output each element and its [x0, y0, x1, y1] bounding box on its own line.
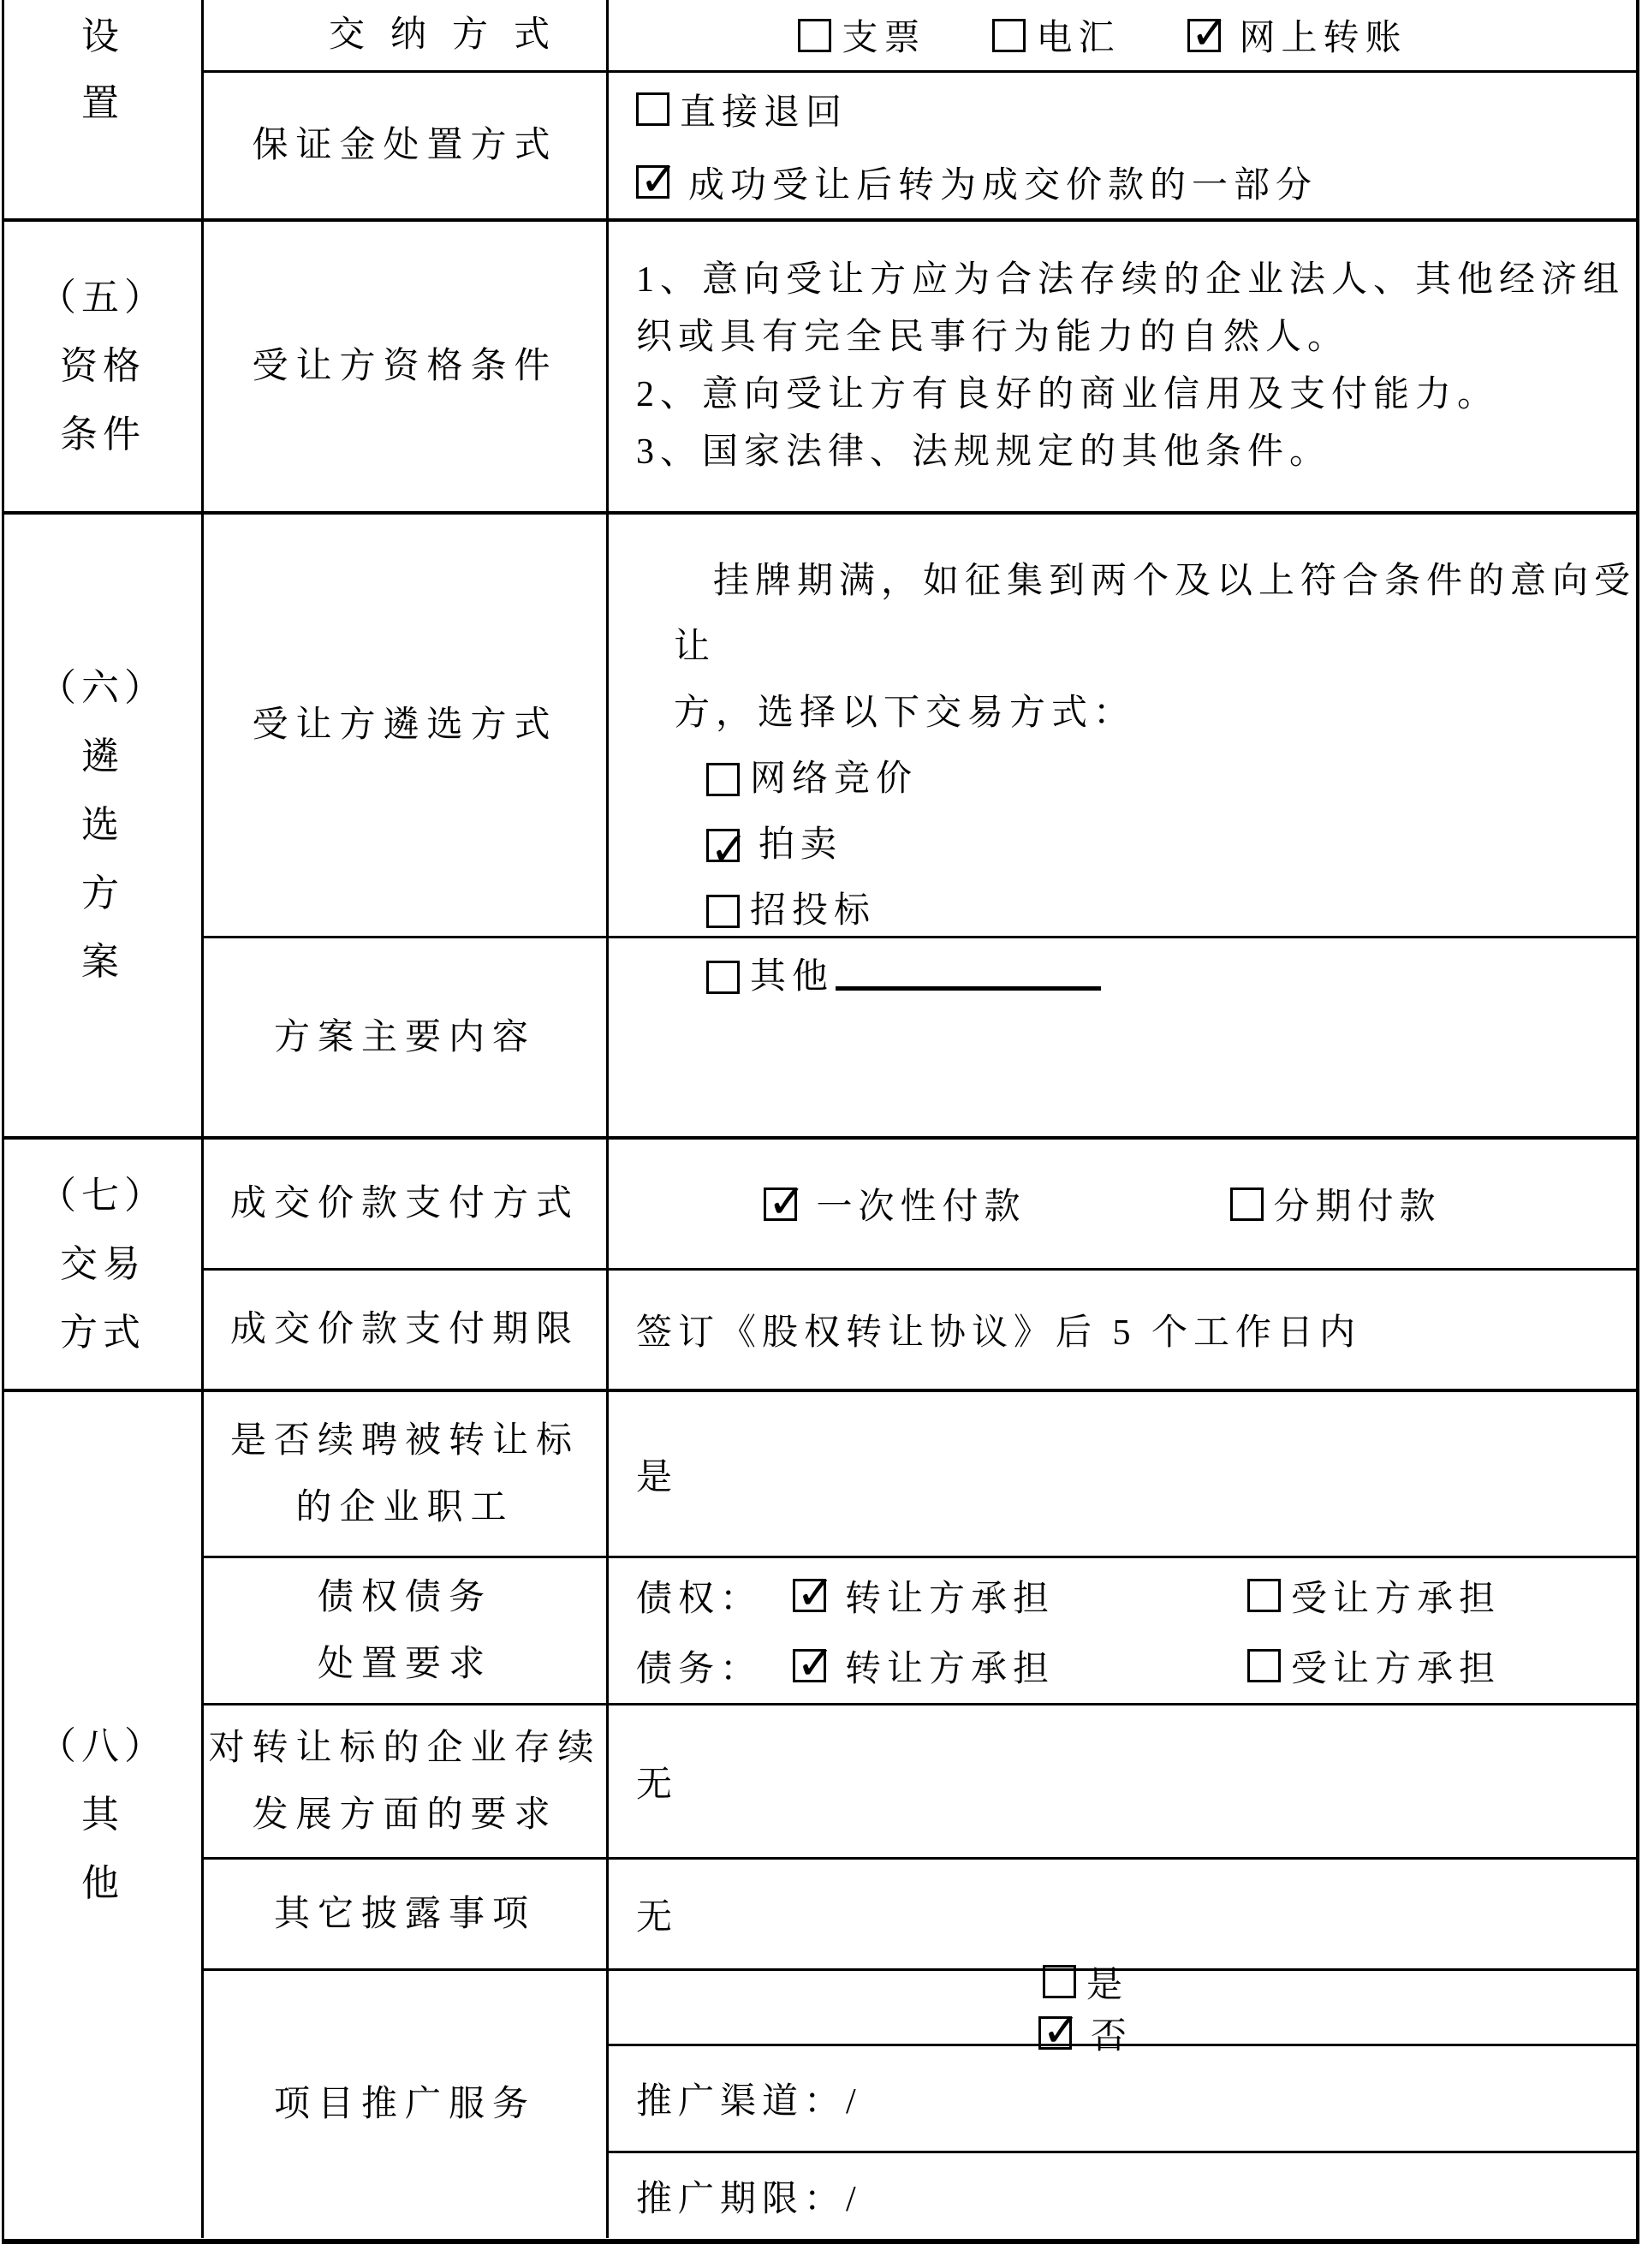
checkbox-installment [1230, 1188, 1264, 1221]
payment-method-options: 支票 电汇 网上转账 [609, 0, 1636, 70]
option-creditor-transferor: 转让方承担 [793, 1570, 1055, 1622]
field-label-other-disclosure: 其它披露事项 [204, 1860, 609, 1968]
option-label: 一次性付款 [816, 1178, 1026, 1229]
checkbox-convert-to-price [636, 165, 669, 199]
option-tender: 招投标 [706, 878, 1636, 944]
rehire-employees-value: 是 [609, 1392, 1636, 1556]
field-label-plan-main-content: 方案主要内容 [204, 938, 609, 1136]
option-promotion-yes: 是 [1043, 1956, 1128, 2008]
option-label: 直接退回 [680, 84, 848, 135]
checkbox-debt-transferee [1247, 1649, 1281, 1682]
row-rehire-employees: 是否续聘被转让标的企业职工 是 [204, 1392, 1636, 1556]
promotion-period-value: 推广期限：/ [636, 2170, 1636, 2222]
deposit-disposal-options: 直接退回 成功受让后转为成交价款的一部分 [609, 73, 1636, 218]
section-label-setup: 设置 [4, 0, 204, 218]
checkbox-direct-refund [636, 92, 669, 126]
option-auction: 拍卖 [706, 813, 1636, 878]
checkbox-other [706, 961, 740, 994]
other-disclosure-value: 无 [609, 1860, 1636, 1968]
option-convert-to-price: 成功受让后转为成交价款的一部分 [636, 146, 1636, 218]
option-debt-transferee: 受让方承担 [1247, 1640, 1501, 1692]
field-label-selection-method: 受让方遴选方式 [204, 515, 609, 936]
field-label-deposit-disposal: 保证金处置方式 [204, 73, 609, 218]
row-debt-disposal: 债权债务处置要求 债权： 转让方承担 受让方承担 债务： 转让方承担 受让方承担 [204, 1556, 1636, 1703]
option-label: 电汇 [1036, 9, 1120, 61]
creditor-rights-line: 债权： 转让方承担 受让方承担 [636, 1561, 1636, 1631]
option-label: 成功受让后转为成交价款的一部分 [688, 157, 1318, 208]
option-online-transfer: 网上转账 [1187, 9, 1407, 61]
promotion-period-subrow: 推广期限：/ [609, 2151, 1636, 2238]
section-label-selection-plan: （六）遴选方案 [4, 515, 204, 1136]
checkbox-tender [706, 895, 740, 928]
price-payment-deadline-value: 签订《股权转让协议》后 5 个工作日内 [609, 1271, 1636, 1389]
option-label: 是 [1086, 1956, 1128, 2008]
option-creditor-transferee: 受让方承担 [1247, 1570, 1501, 1622]
section-label-other: （八）其他 [4, 1392, 204, 2238]
checkbox-lump-sum [764, 1188, 797, 1221]
section-deposit-setup: 设置 交纳方式 支票 电汇 网上转账 保证金处置方式 直接退回 成功受让后转为成… [4, 0, 1636, 218]
row-transferee-qualification: 受让方资格条件 1、意向受让方应为合法存续的企业法人、其他经济组织或具有完全民事… [204, 222, 1636, 511]
promotion-yesno-subrow: 是 否 [609, 1971, 1636, 2044]
checkbox-promotion-no [1038, 2016, 1072, 2050]
option-label: 拍卖 [759, 813, 842, 878]
section-transaction: （七）交易方式 成交价款支付方式 一次性付款 分期付款 成交价款支付期限 签订《… [4, 1136, 1636, 1389]
debt-prefix: 债务： [636, 1640, 762, 1692]
option-label: 转让方承担 [845, 1640, 1055, 1692]
checkbox-cheque [798, 19, 831, 52]
qualification-text: 1、意向受让方应为合法存续的企业法人、其他经济组织或具有完全民事行为能力的自然人… [609, 222, 1636, 511]
checkbox-online-transfer [1187, 19, 1221, 52]
promotion-channel-subrow: 推广渠道：/ [609, 2044, 1636, 2151]
option-label: 网上转账 [1240, 9, 1407, 61]
checkbox-online-bidding [706, 763, 740, 796]
transfer-listing-table: 设置 交纳方式 支票 电汇 网上转账 保证金处置方式 直接退回 成功受让后转为成… [2, 0, 1639, 2244]
field-label-price-payment-deadline: 成交价款支付期限 [204, 1271, 609, 1389]
field-label-debt-disposal: 债权债务处置要求 [204, 1558, 609, 1703]
option-debt-transferor: 转让方承担 [793, 1640, 1055, 1692]
row-price-payment-method: 成交价款支付方式 一次性付款 分期付款 [204, 1140, 1636, 1268]
debt-disposal-content: 债权： 转让方承担 受让方承担 债务： 转让方承担 受让方承担 [609, 1558, 1636, 1703]
checkbox-creditor-transferor [793, 1579, 826, 1612]
promotion-channel-value: 推广渠道：/ [636, 2073, 1636, 2124]
option-lump-sum: 一次性付款 [764, 1178, 1026, 1229]
checkbox-wire-transfer [992, 19, 1026, 52]
option-label: 招投标 [750, 878, 876, 944]
field-label-payment-method: 交纳方式 [204, 0, 609, 70]
row-payment-method: 交纳方式 支票 电汇 网上转账 [204, 0, 1636, 70]
field-label-rehire-employees: 是否续聘被转让标的企业职工 [204, 1392, 609, 1556]
field-label-promotion-service: 项目推广服务 [204, 1971, 609, 2238]
option-label: 受让方承担 [1291, 1640, 1501, 1692]
section-label-qualification: （五）资格条件 [4, 222, 204, 511]
scanned-form-page: 设置 交纳方式 支票 电汇 网上转账 保证金处置方式 直接退回 成功受让后转为成… [0, 0, 1642, 2268]
option-label: 网络竞价 [750, 747, 918, 813]
row-plan-main-content: 方案主要内容 [204, 936, 1636, 1136]
survival-development-value: 无 [609, 1705, 1636, 1857]
selection-method-content: 挂牌期满，如征集到两个及以上符合条件的意向受让方，选择以下交易方式： 网络竞价 … [609, 515, 1636, 936]
section-other: （八）其他 是否续聘被转让标的企业职工 是 债权债务处置要求 债权： 转让方承担… [4, 1389, 1636, 2238]
option-label: 转让方承担 [845, 1570, 1055, 1622]
promotion-service-content: 是 否 推广渠道：/ 推广期限：/ [609, 1971, 1636, 2238]
row-selection-method: 受让方遴选方式 挂牌期满，如征集到两个及以上符合条件的意向受让方，选择以下交易方… [204, 515, 1636, 936]
checkbox-promotion-yes [1043, 1965, 1076, 1998]
checkbox-auction [706, 829, 740, 862]
section-selection-plan: （六）遴选方案 受让方遴选方式 挂牌期满，如征集到两个及以上符合条件的意向受让方… [4, 511, 1636, 1136]
row-other-disclosure: 其它披露事项 无 [204, 1857, 1636, 1968]
option-label: 支票 [842, 9, 925, 61]
field-label-survival-development: 对转让标的企业存续发展方面的要求 [204, 1705, 609, 1857]
section-label-transaction: （七）交易方式 [4, 1140, 204, 1389]
price-payment-options: 一次性付款 分期付款 [609, 1140, 1636, 1268]
row-survival-development: 对转让标的企业存续发展方面的要求 无 [204, 1703, 1636, 1857]
option-wire-transfer: 电汇 [992, 9, 1120, 61]
checkbox-creditor-transferee [1247, 1579, 1281, 1612]
creditor-prefix: 债权： [636, 1570, 762, 1622]
plan-main-content-value [609, 938, 1636, 1136]
row-deposit-disposal: 保证金处置方式 直接退回 成功受让后转为成交价款的一部分 [204, 70, 1636, 218]
option-online-bidding: 网络竞价 [706, 747, 1636, 813]
section-qualification: （五）资格条件 受让方资格条件 1、意向受让方应为合法存续的企业法人、其他经济组… [4, 218, 1636, 511]
option-cheque: 支票 [798, 9, 925, 61]
debt-obligations-line: 债务： 转让方承担 受让方承担 [636, 1631, 1636, 1701]
option-label: 受让方承担 [1291, 1570, 1501, 1622]
option-direct-refund: 直接退回 [636, 73, 1636, 146]
option-installment: 分期付款 [1230, 1178, 1442, 1229]
checkbox-debt-transferor [793, 1649, 826, 1682]
field-label-transferee-qualification: 受让方资格条件 [204, 222, 609, 511]
option-label: 分期付款 [1274, 1178, 1442, 1229]
row-price-payment-deadline: 成交价款支付期限 签订《股权转让协议》后 5 个工作日内 [204, 1268, 1636, 1389]
field-label-price-payment-method: 成交价款支付方式 [204, 1140, 609, 1268]
selection-intro-text: 挂牌期满，如征集到两个及以上符合条件的意向受让方，选择以下交易方式： [636, 549, 1636, 747]
row-promotion-service: 项目推广服务 是 否 推广渠道：/ 推广期限：/ [204, 1968, 1636, 2238]
